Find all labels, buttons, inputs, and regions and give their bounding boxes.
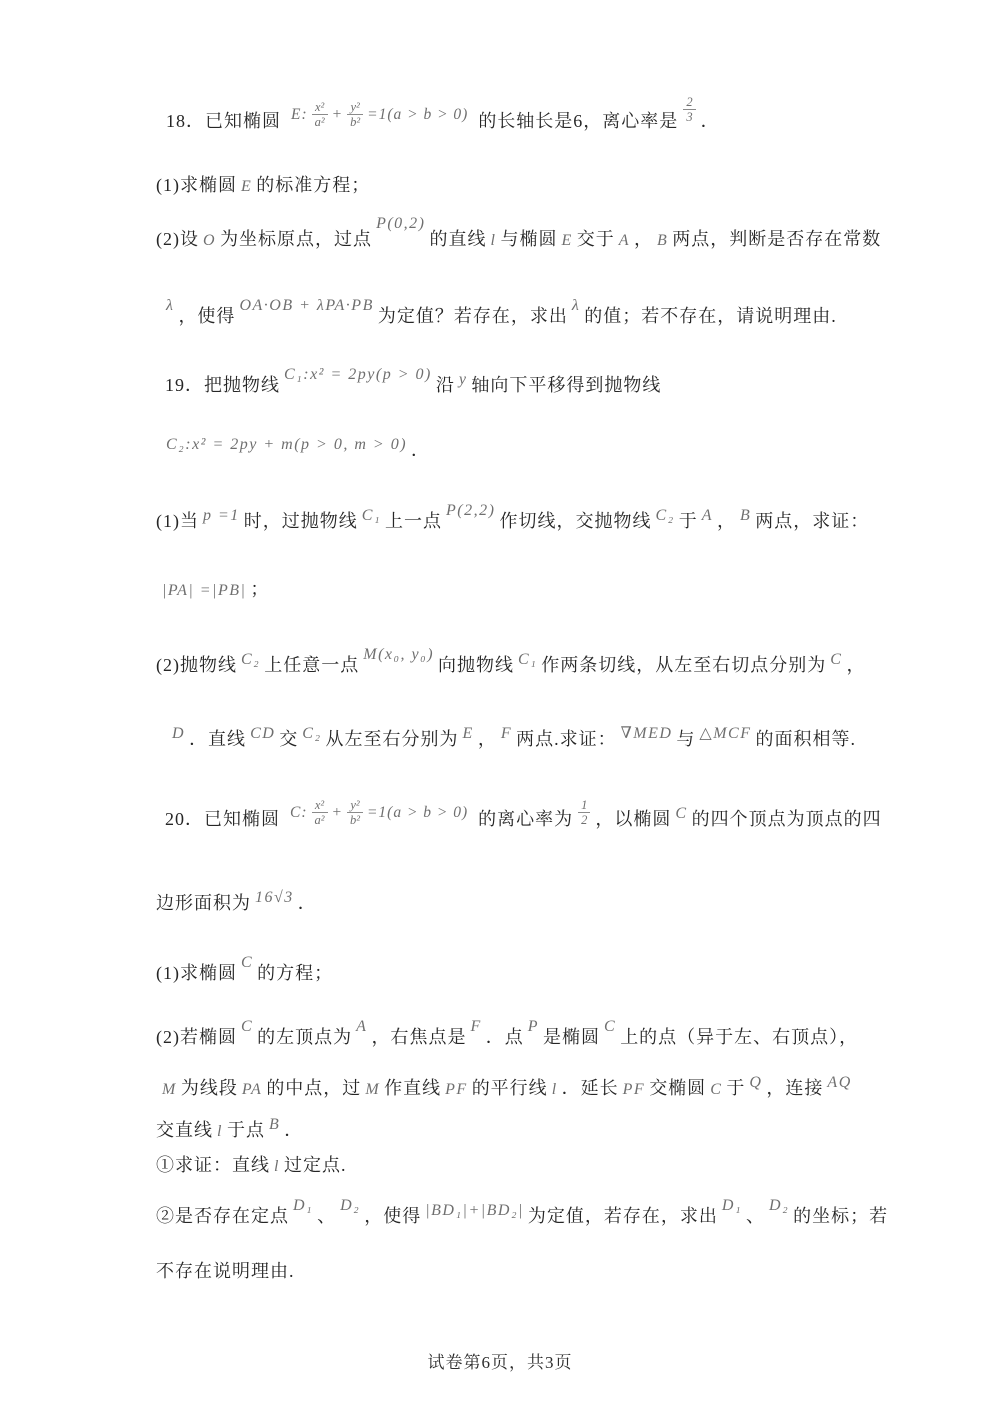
math-run: AQ <box>827 1070 851 1096</box>
text-run: 从左至右分别为 <box>326 729 459 749</box>
problem-20-part-2-q2-line-1: ②是否存在定点D₁、D₂，使得|BD₁|+|BD₂|为定值，若存在，求出D₁、D… <box>156 1203 888 1231</box>
text-run: 两点，求证： <box>755 511 869 531</box>
math-run: M <box>162 1077 177 1103</box>
fraction-numerator: 1 <box>581 798 587 812</box>
fraction-denominator: a² <box>312 114 328 129</box>
fraction-numerator: 2 <box>686 95 692 109</box>
math-run: P <box>528 1014 539 1040</box>
math-run: C <box>241 1014 253 1040</box>
text-run: 的左顶点为 <box>257 1027 352 1047</box>
problem-20-stem-line-1: 20．已知椭圆C:x²a²+y²b²=1(a > b > 0)的离心率为12，以… <box>165 806 882 836</box>
text-run: (1)当 <box>156 511 199 531</box>
text-run: 过定点. <box>284 1155 347 1175</box>
problem-18-part-2-line-2: λ，使得OA·OB + λPA·PB为定值？若存在，求出λ的值；若不存在，请说明… <box>162 303 837 331</box>
text-run: 上一点 <box>385 511 442 531</box>
math-run: PA <box>242 1077 262 1103</box>
math-run: C <box>675 801 687 827</box>
text-run: ； <box>250 579 269 599</box>
math-run: l <box>217 1119 223 1145</box>
text-run: ， <box>717 511 736 531</box>
math-run: D₂ <box>340 1193 360 1219</box>
text-run: 的直线 <box>430 229 487 249</box>
text-run: ，使得 <box>364 1206 421 1226</box>
text-run: 两点，判断是否存在常数 <box>672 229 881 249</box>
text-run: ． <box>284 1120 303 1140</box>
text-run: (2)若椭圆 <box>156 1027 237 1047</box>
problem-20-stem-line-2: 边形面积为16√3． <box>156 890 317 918</box>
text-run: 交 <box>279 729 298 749</box>
page-footer: 试卷第6页，共3页 <box>0 1348 1000 1373</box>
math-run: PF <box>623 1077 646 1103</box>
text-run: 与椭圆 <box>500 229 557 249</box>
problem-19-part-2-line-1: (2)抛物线C₂上任意一点M(x₀, y₀)向抛物线C₁作两条切线，从左至右切点… <box>156 652 865 680</box>
problem-20-part-2-q2-line-2: 不存在说明理由. <box>156 1258 295 1284</box>
text-run: 于 <box>726 1078 745 1098</box>
text-run: 作切线，交抛物线 <box>499 511 651 531</box>
math-run: Q <box>749 1070 762 1096</box>
math-fraction: x²a² <box>312 798 328 828</box>
math-fraction: 23 <box>683 95 695 125</box>
text-run: 、 <box>746 1206 765 1226</box>
math-fraction: y²b² <box>347 100 363 130</box>
math-run: l <box>274 1154 280 1180</box>
math-run: B <box>740 503 751 529</box>
text-run: ．点 <box>486 1027 524 1047</box>
text-run: 两点.求证： <box>516 729 617 749</box>
text-run: 是椭圆 <box>543 1027 600 1047</box>
text-run: 交于 <box>577 229 615 249</box>
problem-20-part-2-line-1: (2)若椭圆C的左顶点为A，右焦点是F．点P是椭圆C上的点（异于左、右顶点）， <box>156 1024 858 1052</box>
text-run: 为线段 <box>181 1078 238 1098</box>
text-run: 18．已知椭圆 <box>166 111 281 131</box>
text-run: (2)设 <box>156 229 199 249</box>
math-run: |PA| =|PB| <box>162 578 246 604</box>
problem-18-stem: 18．已知椭圆E:x²a²+y²b²=1(a > b > 0)的长轴长是6，离心… <box>166 108 720 138</box>
text-run: 于点 <box>227 1120 265 1140</box>
math-run: C₂ <box>302 721 321 747</box>
problem-20-part-2-q1: ①求证：直线l过定点. <box>156 1152 346 1180</box>
equation-term: =1(a > b > 0) <box>367 102 468 128</box>
text-run: ， <box>846 655 865 675</box>
math-run: P(0,2) <box>376 211 425 237</box>
text-run: 的方程； <box>257 963 333 983</box>
math-run: E <box>241 174 252 200</box>
math-run: ∇MED <box>621 721 673 747</box>
math-run: C₁ <box>518 647 537 673</box>
equation-term: =1(a > b > 0) <box>367 800 468 826</box>
text-run: 与 <box>676 729 695 749</box>
text-run: 作直线 <box>384 1078 441 1098</box>
text-run: 边形面积为 <box>156 893 251 913</box>
math-run: OA·OB + λPA·PB <box>239 293 373 319</box>
math-run: M(x₀, y₀) <box>363 642 434 668</box>
text-run: 的标准方程； <box>256 175 370 195</box>
math-run: l <box>552 1077 558 1103</box>
text-run: ，连接 <box>766 1078 823 1098</box>
math-run: A <box>619 228 630 254</box>
fraction-denominator: b² <box>347 114 363 129</box>
problem-19-part-2-line-2: D．直线CD交C₂从左至右分别为E，F两点.求证：∇MED与△MCF的面积相等. <box>168 726 856 754</box>
problem-18-part-2-line-1: (2)设O为坐标原点，过点P(0,2)的直线l与椭圆E交于A，B两点，判断是否存… <box>156 226 881 254</box>
math-run: D₁ <box>722 1193 742 1219</box>
math-run: C₁:x² = 2py(p > 0) <box>284 362 432 388</box>
math-fraction: x²a² <box>312 100 328 130</box>
text-run: ，使得 <box>178 306 235 326</box>
text-run: 的面积相等. <box>756 729 857 749</box>
text-run: ． <box>298 893 317 913</box>
text-run: ②是否存在定点 <box>156 1206 289 1226</box>
text-run: 的中点，过 <box>266 1078 361 1098</box>
text-run: ，以椭圆 <box>595 809 671 829</box>
problem-19-part-1-line-2: |PA| =|PB|； <box>158 576 269 604</box>
fraction-numerator: y² <box>350 798 359 812</box>
text-run: 上任意一点 <box>264 655 359 675</box>
math-run: A <box>356 1014 367 1040</box>
text-run: 的离心率为 <box>478 809 573 829</box>
text-run: ，右焦点是 <box>371 1027 466 1047</box>
text-run: 的值；若不存在，请说明理由. <box>584 306 837 326</box>
math-run: O <box>203 228 216 254</box>
problem-20-part-2-line-3: 交直线l于点B． <box>156 1117 303 1145</box>
math-run: C₁ <box>362 503 381 529</box>
math-run: CD <box>250 721 275 747</box>
text-run: 上的点（异于左、右顶点）， <box>620 1027 858 1047</box>
math-run: B <box>269 1112 280 1138</box>
fraction-numerator: x² <box>315 100 324 114</box>
text-run: 不存在说明理由. <box>156 1261 295 1281</box>
math-run: E <box>561 228 572 254</box>
text-run: ． <box>411 440 430 460</box>
math-run: 16√3 <box>255 885 294 911</box>
text-run: (1)求椭圆 <box>156 175 237 195</box>
fraction-numerator: x² <box>315 798 324 812</box>
fraction-denominator: 3 <box>683 109 695 124</box>
fraction-denominator: b² <box>347 812 363 827</box>
text-run: (2)抛物线 <box>156 655 237 675</box>
math-run: l <box>491 228 497 254</box>
problem-20-part-2-line-2: M为线段PA的中点，过M作直线PF的平行线l．延长PF交椭圆C于Q，连接AQ <box>158 1075 856 1103</box>
math-equation: C:x²a²+y²b²=1(a > b > 0) <box>288 798 470 828</box>
text-run: ． <box>701 111 720 131</box>
text-run: ①求证：直线 <box>156 1155 270 1175</box>
text-run: ．延长 <box>562 1078 619 1098</box>
text-run: 的长轴长是6，离心率是 <box>478 111 678 131</box>
text-run: (1)求椭圆 <box>156 963 237 983</box>
math-run: A <box>702 503 713 529</box>
math-equation: E:x²a²+y²b²=1(a > b > 0) <box>289 100 470 130</box>
problem-19-part-1-line-1: (1)当p =1时，过抛物线C₁上一点P(2,2)作切线，交抛物线C₂于A，B两… <box>156 508 869 536</box>
math-run: C <box>830 647 842 673</box>
math-run: F <box>501 721 512 747</box>
math-run: C <box>604 1014 616 1040</box>
math-run: |BD₁|+|BD₂| <box>425 1198 524 1224</box>
text-run: 19．把抛物线 <box>165 375 280 395</box>
text-run: 轴向下平移得到抛物线 <box>471 375 661 395</box>
math-fraction: y²b² <box>347 798 363 828</box>
math-run: E <box>463 721 474 747</box>
text-run: 的四个顶点为顶点的四 <box>692 809 882 829</box>
math-run: C₂ <box>241 647 260 673</box>
equation-term: E: <box>291 102 308 128</box>
text-run: 向抛物线 <box>438 655 514 675</box>
problem-19-stem-line-1: 19．把抛物线C₁:x² = 2py(p > 0)沿y轴向下平移得到抛物线 <box>165 372 661 400</box>
problem-20-part-1: (1)求椭圆C的方程； <box>156 960 333 988</box>
math-fraction: 12 <box>578 798 590 828</box>
text-run: 为坐标原点，过点 <box>220 229 372 249</box>
math-run: p =1 <box>203 503 240 529</box>
text-run: 、 <box>317 1206 336 1226</box>
text-run: 的平行线 <box>472 1078 548 1098</box>
math-run: D₁ <box>293 1193 313 1219</box>
exam-page: 试卷第6页，共3页 18．已知椭圆E:x²a²+y²b²=1(a > b > 0… <box>0 0 1000 1415</box>
math-run: λ <box>166 293 174 319</box>
text-run: 20．已知椭圆 <box>165 809 280 829</box>
math-run: C <box>710 1077 722 1103</box>
text-run: ， <box>478 729 497 749</box>
math-run: △MCF <box>699 721 751 747</box>
math-run: P(2,2) <box>446 498 495 524</box>
fraction-numerator: y² <box>350 100 359 114</box>
problem-19-stem-line-2: C₂:x² = 2py + m(p > 0, m > 0)． <box>162 437 430 465</box>
text-run: ．直线 <box>189 729 246 749</box>
math-run: F <box>470 1014 481 1040</box>
text-run: 作两条切线，从左至右切点分别为 <box>541 655 826 675</box>
math-run: C₂ <box>655 503 674 529</box>
text-run: 交直线 <box>156 1120 213 1140</box>
math-run: y <box>459 367 468 393</box>
math-run: PF <box>445 1077 468 1103</box>
math-run: M <box>365 1077 380 1103</box>
text-run: 为定值，若存在，求出 <box>528 1206 718 1226</box>
math-run: D₂ <box>769 1193 789 1219</box>
text-run: 于 <box>679 511 698 531</box>
fraction-denominator: 2 <box>578 812 590 827</box>
text-run: ， <box>634 229 653 249</box>
math-run: C₂:x² = 2py + m(p > 0, m > 0) <box>166 432 407 458</box>
equation-term: C: <box>290 800 308 826</box>
math-run: λ <box>572 293 580 319</box>
equation-term: + <box>332 102 343 128</box>
text-run: 交椭圆 <box>649 1078 706 1098</box>
equation-term: + <box>332 800 343 826</box>
text-run: 的坐标；若 <box>793 1206 888 1226</box>
math-run: B <box>657 228 668 254</box>
math-run: D <box>172 721 185 747</box>
text-run: 沿 <box>436 375 455 395</box>
problem-18-part-1: (1)求椭圆E的标准方程； <box>156 172 370 200</box>
math-run: C <box>241 950 253 976</box>
fraction-denominator: a² <box>312 812 328 827</box>
text-run: 时，过抛物线 <box>244 511 358 531</box>
text-run: 为定值？若存在，求出 <box>378 306 568 326</box>
